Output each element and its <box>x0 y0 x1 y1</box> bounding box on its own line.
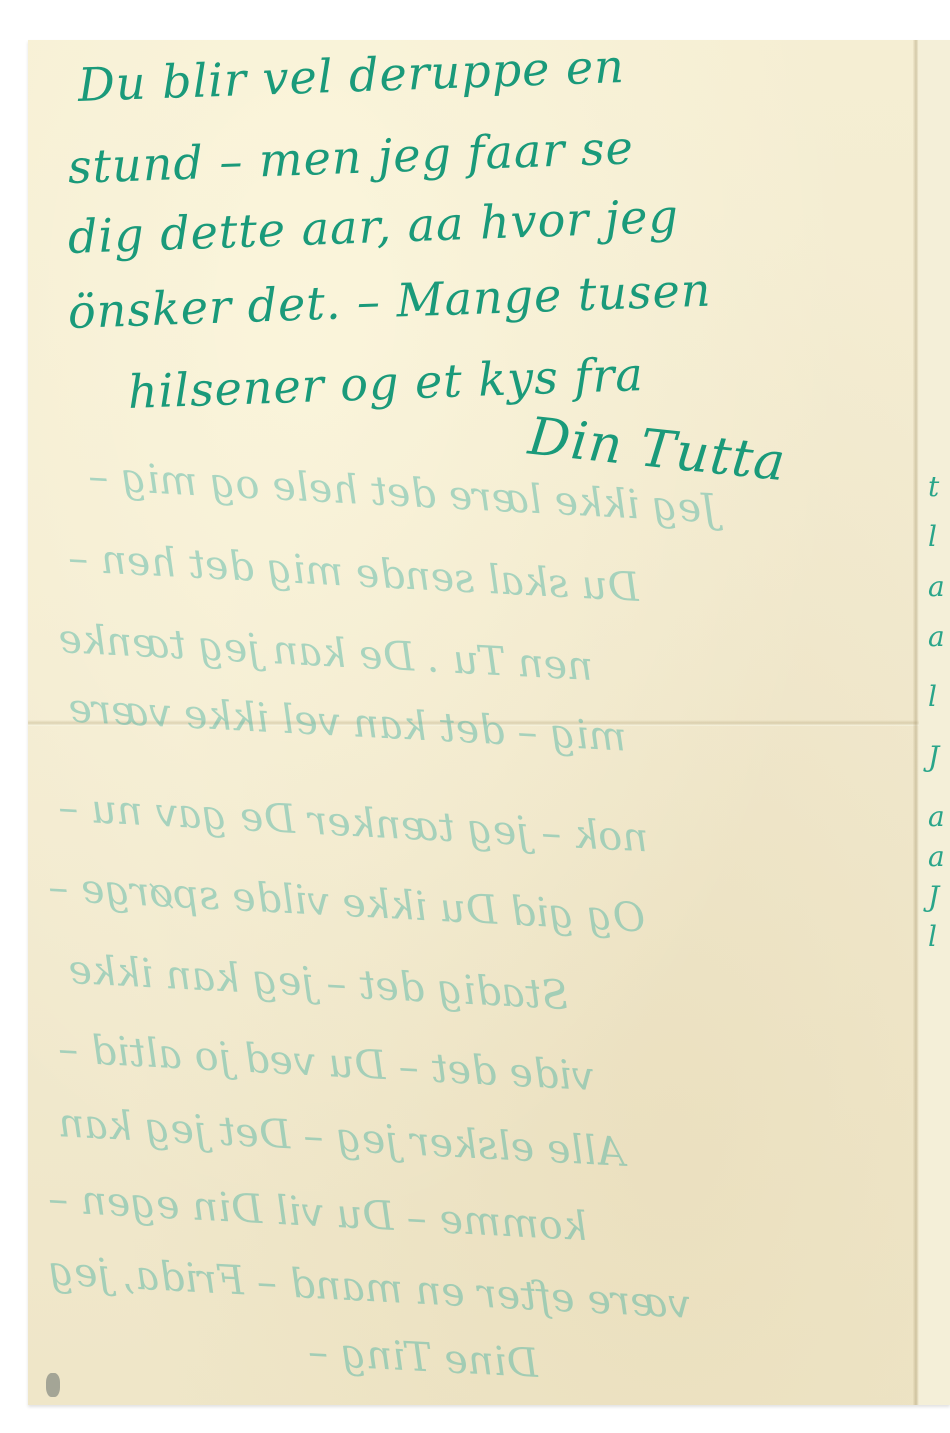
bleed-line: Du skal sende mig det hen – <box>67 535 640 611</box>
edge-letter: J <box>928 740 939 773</box>
bleed-line: nen Tu . De kan jeg tænke <box>57 616 594 690</box>
edge-letter: l <box>928 520 937 553</box>
edge-letter: l <box>928 920 937 953</box>
letter-line: önsker det. – Mange tusen <box>67 263 712 339</box>
edge-letter: a <box>928 840 945 873</box>
letter-page: Jeg ikke lære det hele og mig – Du skal … <box>28 40 950 1405</box>
edge-letter: a <box>928 570 945 603</box>
corner-stain <box>46 1373 60 1397</box>
edge-letter: J <box>928 880 939 913</box>
bleed-line: Alle elsker jeg – Det jeg kan <box>57 1100 626 1176</box>
edge-letter: t <box>928 470 939 503</box>
edge-letter: a <box>928 800 945 833</box>
bleed-line: komme – Du vil Din egen – <box>47 1176 588 1250</box>
edge-letter: a <box>928 620 945 653</box>
bleed-line: Dine Ting – <box>307 1329 540 1387</box>
letter-line: stund – men jeg faar se <box>67 120 635 194</box>
bleed-line: nok – jeg tænker De gav nu – <box>57 785 649 862</box>
letter-line: dig dette aar, aa hvor jeg <box>67 189 680 264</box>
bleed-line: være efter en mand – Frida, jeg <box>47 1248 691 1328</box>
bleed-line: Stadig det – jeg kan ikke <box>67 947 569 1019</box>
adjacent-page-strip <box>919 40 950 1405</box>
bleed-line: vide det – Du ved jo altid – <box>57 1026 595 1100</box>
letter-line: Du blir vel deruppe en <box>77 39 626 112</box>
bleed-line: mig – det kan vel ikke være <box>67 685 627 760</box>
bleed-line: Og gid Du ikke vilde spørge – <box>47 864 646 941</box>
edge-letter: l <box>928 680 937 713</box>
letter-line: hilsener og et kys fra <box>127 347 645 419</box>
